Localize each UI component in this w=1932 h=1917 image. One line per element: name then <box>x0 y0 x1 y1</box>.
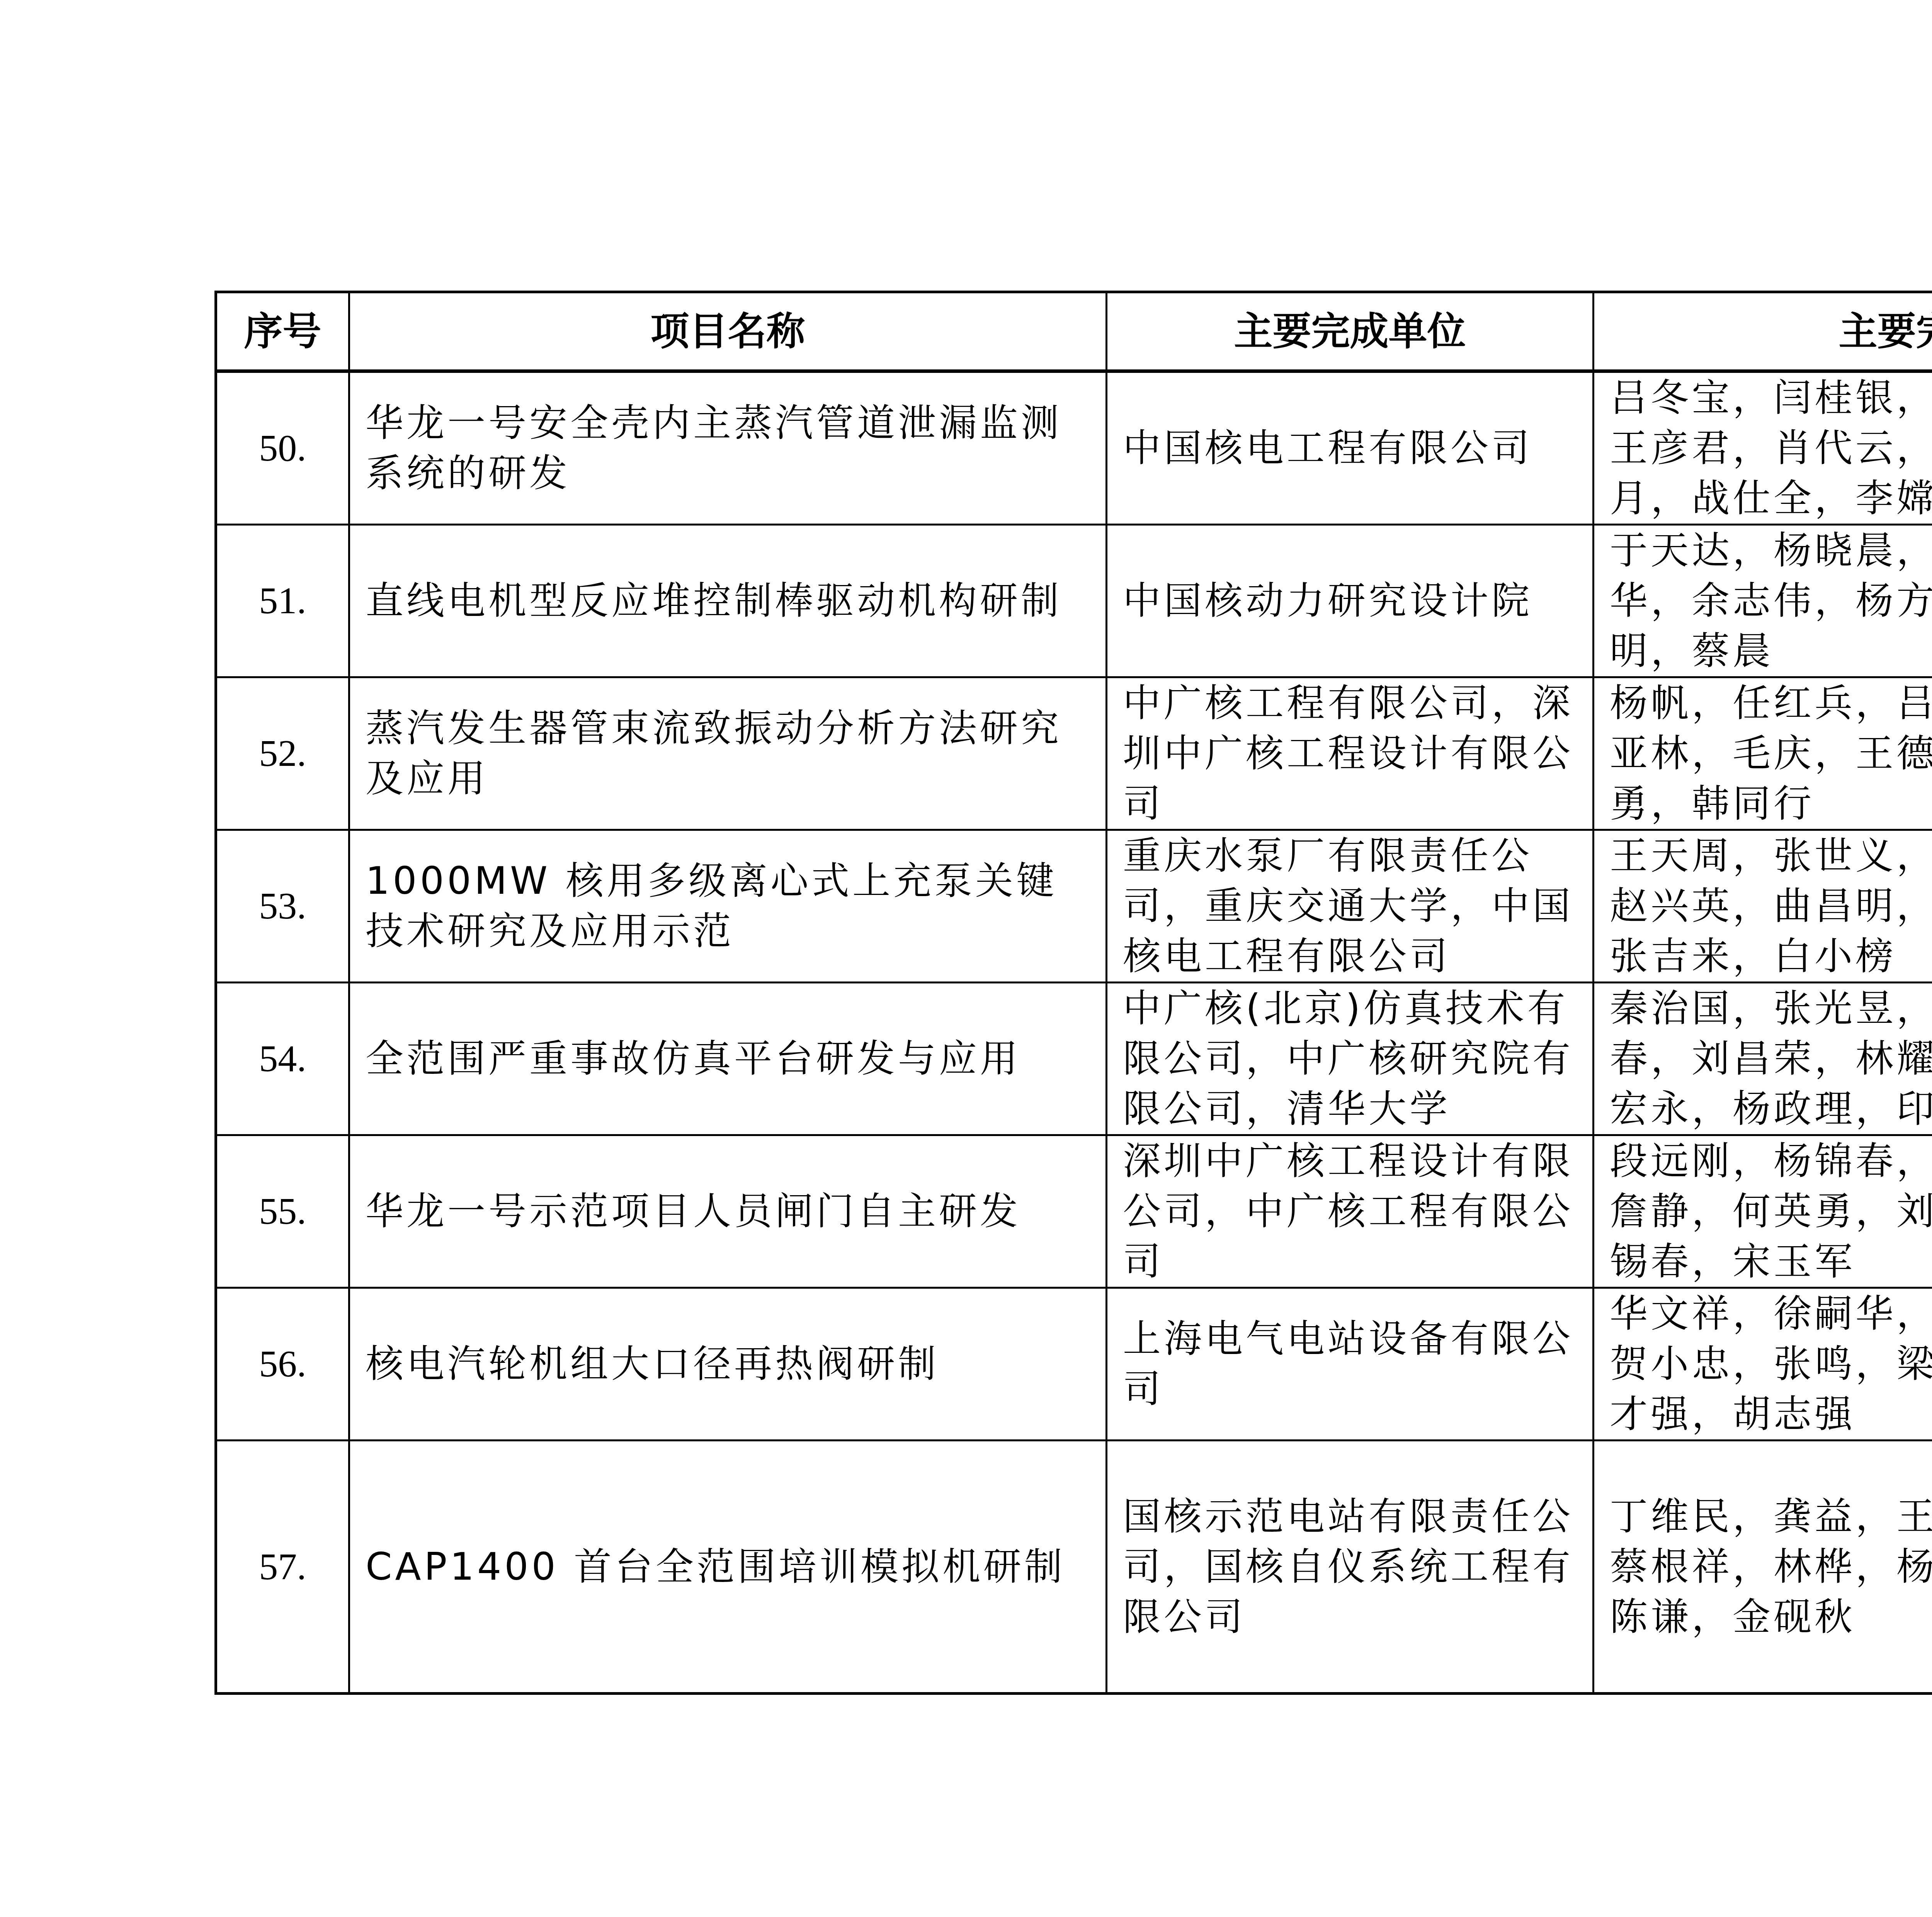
project-name: 核电汽轮机组大口径再热阀研制 <box>349 1288 1107 1441</box>
main-unit: 深圳中广核工程设计有限公司，中广核工程有限公司 <box>1107 1135 1594 1288</box>
table-header-row: 序号 项目名称 主要完成单位 主要完成人 获奖等级 <box>216 292 1932 371</box>
project-name: CAP1400 首台全范围培训模拟机研制 <box>349 1441 1107 1694</box>
table-body: 50. 华龙一号安全壳内主蒸汽管道泄漏监测系统的研发 中国核电工程有限公司 吕冬… <box>216 371 1932 1694</box>
header-project-name: 项目名称 <box>349 292 1107 371</box>
row-number: 50. <box>216 371 349 525</box>
row-number: 57. <box>216 1441 349 1694</box>
row-number: 56. <box>216 1288 349 1441</box>
header-main-people: 主要完成人 <box>1594 292 1932 371</box>
project-name: 1000MW 核用多级离心式上充泵关键技术研究及应用示范 <box>349 830 1107 983</box>
main-people: 华文祥，徐嗣华，栗勇，缪圣尧，贺小忠，张鸣，梁峰，石兆元，万才强，胡志强 <box>1594 1288 1932 1441</box>
project-name: 华龙一号示范项目人员闸门自主研发 <box>349 1135 1107 1288</box>
header-serial-number: 序号 <box>216 292 349 371</box>
main-unit: 重庆水泵厂有限责任公司，重庆交通大学，中国核电工程有限公司 <box>1107 830 1594 983</box>
table-row: 57. CAP1400 首台全范围培训模拟机研制 国核示范电站有限责任公司，国核… <box>216 1441 1932 1694</box>
main-unit: 中广核工程有限公司，深圳中广核工程设计有限公司 <box>1107 677 1594 830</box>
main-people: 丁维民，龚益，王璟增，王云伟，蔡根祥，林桦，杨义新，王黎泽，陈谦，金砚秋 <box>1594 1441 1932 1694</box>
table-row: 50. 华龙一号安全壳内主蒸汽管道泄漏监测系统的研发 中国核电工程有限公司 吕冬… <box>216 371 1932 525</box>
table-row: 54. 全范围严重事故仿真平台研发与应用 中广核(北京)仿真技术有限公司，中广核… <box>216 983 1932 1135</box>
row-number: 51. <box>216 525 349 677</box>
table-row: 56. 核电汽轮机组大口径再热阀研制 上海电气电站设备有限公司 华文祥，徐嗣华，… <box>216 1288 1932 1441</box>
main-people: 于天达，杨晓晨，罗英，彭航，杜华，余志伟，杨方亮，邓强，谢细明，蔡晨 <box>1594 525 1932 677</box>
main-unit: 中国核动力研究设计院 <box>1107 525 1594 677</box>
table-row: 55. 华龙一号示范项目人员闸门自主研发 深圳中广核工程设计有限公司，中广核工程… <box>216 1135 1932 1288</box>
main-people: 杨帆，任红兵，吕红，邱桂辉，罗亚林，毛庆，王德元，何世贤，朱勇，韩同行 <box>1594 677 1932 830</box>
main-unit: 中广核(北京)仿真技术有限公司，中广核研究院有限公司，清华大学 <box>1107 983 1594 1135</box>
document-page: 序号 项目名称 主要完成单位 主要完成人 获奖等级 50. 华龙一号安全壳内主蒸… <box>0 0 1932 1917</box>
project-name: 蒸汽发生器管束流致振动分析方法研究及应用 <box>349 677 1107 830</box>
project-name: 华龙一号安全壳内主蒸汽管道泄漏监测系统的研发 <box>349 371 1107 525</box>
main-unit: 中国核电工程有限公司 <box>1107 371 1594 525</box>
table-row: 52. 蒸汽发生器管束流致振动分析方法研究及应用 中广核工程有限公司，深圳中广核… <box>216 677 1932 830</box>
table-row: 53. 1000MW 核用多级离心式上充泵关键技术研究及应用示范 重庆水泵厂有限… <box>216 830 1932 983</box>
header-main-unit: 主要完成单位 <box>1107 292 1594 371</box>
row-number: 54. <box>216 983 349 1135</box>
main-people: 吕冬宝，闫桂银，张雷，魏华彤，王彦君，肖代云，胡金成，刘明月，战仕全，李嫦月 <box>1594 371 1932 525</box>
awards-table: 序号 项目名称 主要完成单位 主要完成人 获奖等级 50. 华龙一号安全壳内主蒸… <box>214 291 1932 1695</box>
main-people: 秦治国，张光昱，杨志飞，梁漫春，刘昌荣，林耀祖，谢小飞，袁宏永，杨政理，印勇 <box>1594 983 1932 1135</box>
main-unit: 国核示范电站有限责任公司，国核自仪系统工程有限公司 <box>1107 1441 1594 1694</box>
project-name: 全范围严重事故仿真平台研发与应用 <box>349 983 1107 1135</box>
project-name: 直线电机型反应堆控制棒驱动机构研制 <box>349 525 1107 677</box>
table-row: 51. 直线电机型反应堆控制棒驱动机构研制 中国核动力研究设计院 于天达，杨晓晨… <box>216 525 1932 677</box>
row-number: 52. <box>216 677 349 830</box>
main-unit: 上海电气电站设备有限公司 <box>1107 1288 1594 1441</box>
row-number: 53. <box>216 830 349 983</box>
row-number: 55. <box>216 1135 349 1288</box>
main-people: 段远刚，杨锦春，张峰，谢洪虎，詹静，何英勇，刘彦章，张健，张锡春，宋玉军 <box>1594 1135 1932 1288</box>
main-people: 王天周，张世义，吕见江，赵藤，赵兴英，曲昌明，陈燕，李方忠，张吉来，白小榜 <box>1594 830 1932 983</box>
